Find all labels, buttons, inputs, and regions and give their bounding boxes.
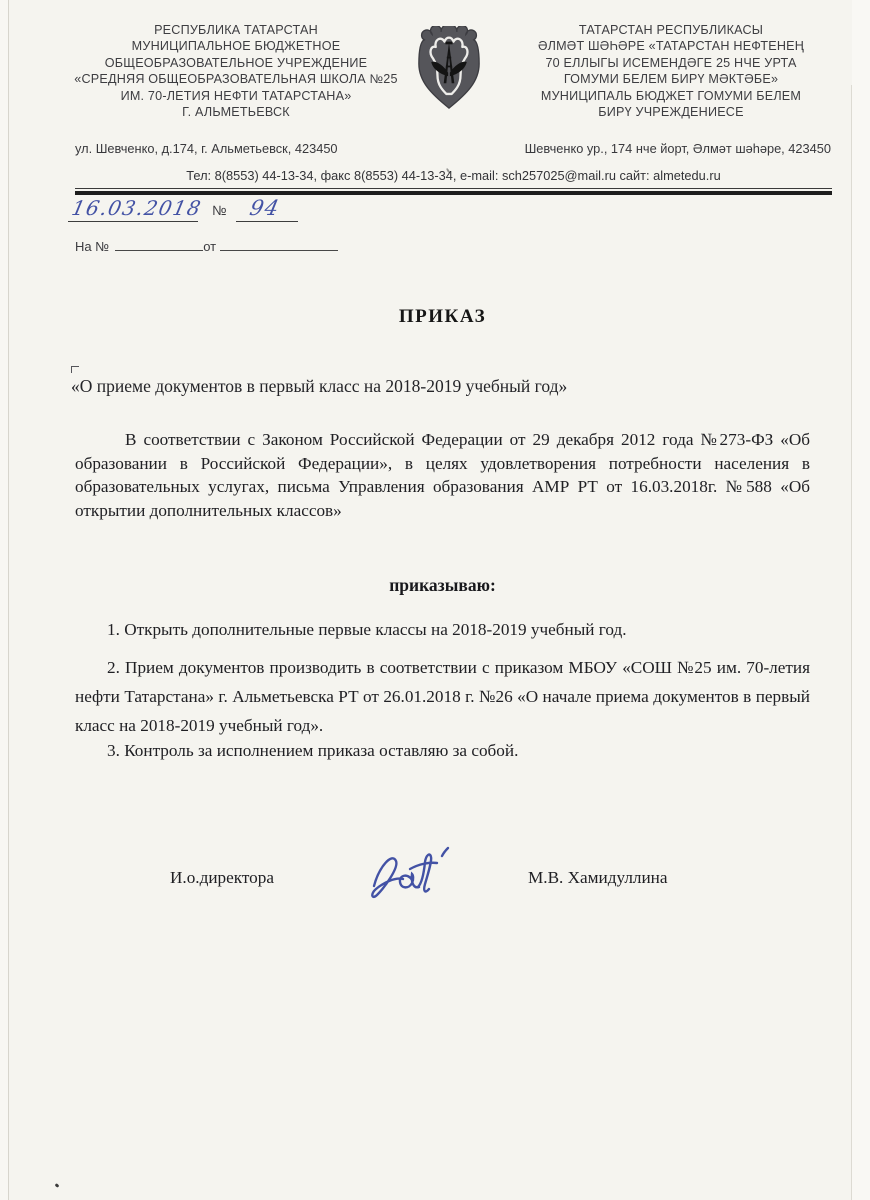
address-russian: ул. Шевченко, д.174, г. Альметьевск, 423… xyxy=(75,141,338,156)
org-line: МУНИЦИПАЛЬ БЮДЖЕТ ГОМУМИ БЕЛЕМ xyxy=(488,88,854,104)
reply-reference-row: На №от xyxy=(75,236,338,254)
scan-edge-right-line xyxy=(851,85,852,1200)
handwritten-number: 94 xyxy=(234,196,283,221)
scan-edge-left-strip xyxy=(0,0,8,1200)
org-line: БИРҮ УЧРЕЖДЕНИЕСЕ xyxy=(488,104,854,120)
address-tatar: Шевченко ур., 174 нче йорт, Әлмәт шәһәре… xyxy=(525,141,831,156)
org-line: ТАТАРСТАН РЕСПУБЛИКАСЫ xyxy=(488,22,854,38)
signatory-position: И.о.директора xyxy=(170,868,274,888)
order-item: 1. Открыть дополнительные первые классы … xyxy=(75,620,810,640)
scan-edge-left-line xyxy=(8,0,9,1200)
reply-date-blank xyxy=(220,236,338,251)
org-name-tatar: ТАТАРСТАН РЕСПУБЛИКАСЫ ӘЛМӘТ ШӘҺӘРЕ «ТАТ… xyxy=(488,18,854,120)
date-field: 16.03.2018 xyxy=(68,196,198,222)
order-intro-paragraph: В соответствии с Законом Российской Феде… xyxy=(75,428,810,522)
letterhead-divider xyxy=(75,191,832,195)
reply-ot-label: от xyxy=(203,239,216,254)
order-item: 3. Контроль за исполнением приказа остав… xyxy=(75,741,810,761)
reply-na-label: На № xyxy=(75,239,109,254)
org-line: РЕСПУБЛИКА ТАТАРСТАН xyxy=(62,22,410,38)
address-row: ул. Шевченко, д.174, г. Альметьевск, 423… xyxy=(75,141,831,156)
document-date-and-number: 16.03.2018№94 xyxy=(68,196,298,222)
number-field: 94 xyxy=(236,196,298,222)
org-line: ОБЩЕОБРАЗОВАТЕЛЬНОЕ УЧРЕЖДЕНИЕ xyxy=(62,55,410,71)
reply-number-blank xyxy=(115,236,203,251)
order-subject: «О приеме документов в первый класс на 2… xyxy=(71,376,816,397)
org-line: ӘЛМӘТ ШӘҺӘРЕ «ТАТАРСТАН НЕФТЕНЕҢ xyxy=(488,38,854,54)
scan-speck xyxy=(55,1183,60,1188)
org-line: ГОМУМИ БЕЛЕМ БИРҮ МӘКТӘБЕ» xyxy=(488,71,854,87)
org-name-russian: РЕСПУБЛИКА ТАТАРСТАН МУНИЦИПАЛЬНОЕ БЮДЖЕ… xyxy=(62,18,410,120)
number-sign: № xyxy=(212,203,226,218)
almetyevsk-coat-of-arms-icon xyxy=(410,26,488,120)
scanned-order-document: РЕСПУБЛИКА ТАТАРСТАН МУНИЦИПАЛЬНОЕ БЮДЖЕ… xyxy=(0,0,870,1200)
org-line: МУНИЦИПАЛЬНОЕ БЮДЖЕТНОЕ xyxy=(62,38,410,54)
scan-edge-right-strip xyxy=(852,0,870,1200)
order-item: 2. Прием документов производить в соотве… xyxy=(75,653,810,740)
handwritten-signature-icon xyxy=(366,842,462,908)
org-line: Г. АЛЬМЕТЬЕВСК xyxy=(62,104,410,120)
order-directive: приказываю: xyxy=(75,575,810,596)
org-line: ИМ. 70-ЛЕТИЯ НЕФТИ ТАТАРСТАНА» xyxy=(62,88,410,104)
order-title: ПРИКАЗ xyxy=(75,306,810,328)
signatory-name: М.В. Хамидуллина xyxy=(528,868,668,888)
corner-mark xyxy=(71,366,79,373)
contacts-line: Тел: 8(8553) 44-13-34, факс 8(8553) 44-1… xyxy=(75,168,832,189)
handwritten-date: 16.03.2018 xyxy=(65,196,204,221)
org-line: «СРЕДНЯЯ ОБЩЕОБРАЗОВАТЕЛЬНАЯ ШКОЛА №25 xyxy=(62,71,410,87)
letterhead: РЕСПУБЛИКА ТАТАРСТАН МУНИЦИПАЛЬНОЕ БЮДЖЕ… xyxy=(62,18,854,120)
org-line: 70 ЕЛЛЫГЫ ИСЕМЕНДӘГЕ 25 НЧЕ УРТА xyxy=(488,55,854,71)
